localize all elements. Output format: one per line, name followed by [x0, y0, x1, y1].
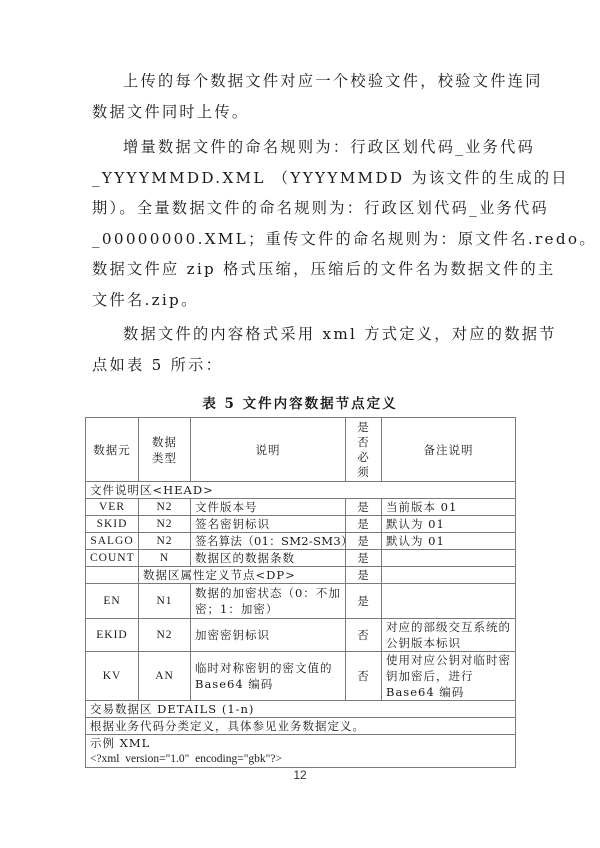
- text-line: _YYYYMMDD.XML （YYYYMMDD 为该文件的生成的日: [92, 163, 512, 194]
- example-code: <?xml version="1.0" encoding="gbk"?>: [90, 751, 511, 767]
- table-row: COUNT N 数据区的数据条数 是: [86, 550, 516, 567]
- section-row-head: 文件说明区<HEAD>: [86, 482, 516, 499]
- cell-type: N: [139, 550, 191, 567]
- table-row: VER N2 文件版本号 是 当前版本 01: [86, 499, 516, 516]
- cell-required: 是: [346, 567, 382, 584]
- cell-required: 否: [346, 652, 382, 701]
- cell-remarks: 默认为 01: [382, 516, 516, 533]
- header-element: 数据元: [86, 418, 139, 482]
- cell-empty: [86, 567, 139, 584]
- cell-type: N2: [139, 516, 191, 533]
- cell-remarks: [382, 584, 516, 619]
- text-line: 数据文件应 zip 格式压缩，压缩后的文件名为数据文件的主: [92, 254, 512, 285]
- cell-remarks: 对应的部级交互系统的公钥版本标识: [382, 619, 516, 652]
- header-type: 数据类型: [139, 418, 191, 482]
- header-type-line: 数据: [143, 434, 186, 450]
- cell-required: 是: [346, 516, 382, 533]
- table-row: SKID N2 签名密钥标识 是 默认为 01: [86, 516, 516, 533]
- paragraph-xml-format: 数据文件的内容格式采用 xml 方式定义，对应的数据节 点如表 5 所示：: [92, 319, 512, 380]
- cell-type: AN: [139, 652, 191, 701]
- table-row: KV AN 临时对称密钥的密文值的 Base64 编码 否 使用对应公钥对临时密…: [86, 652, 516, 701]
- example-label: 示例 XML: [90, 735, 511, 751]
- cell-remarks: 默认为 01: [382, 533, 516, 550]
- cell-type: N1: [139, 584, 191, 619]
- page-number: 12: [0, 768, 600, 782]
- section-row-details: 交易数据区 DETAILS (1-n): [86, 701, 516, 718]
- header-required-char: 是: [350, 420, 377, 435]
- cell-type: N2: [139, 533, 191, 550]
- cell-required: 是: [346, 550, 382, 567]
- table-caption: 表 5 文件内容数据节点定义: [0, 392, 600, 412]
- header-desc: 说明: [191, 418, 346, 482]
- text-line: 数据文件同时上传。: [92, 97, 512, 128]
- cell-element: SKID: [86, 516, 139, 533]
- cell-desc: 数据区的数据条数: [191, 550, 346, 567]
- table-row: EKID N2 加密密钥标识 否 对应的部级交互系统的公钥版本标识: [86, 619, 516, 652]
- header-required: 是否必须: [346, 418, 382, 482]
- table-row: EN N1 数据的加密状态（0：不加密；1：加密） 是: [86, 584, 516, 619]
- table-row: SALGO N2 签名算法（01：SM2-SM3） 是 默认为 01: [86, 533, 516, 550]
- cell-empty: [382, 567, 516, 584]
- cell-desc: 临时对称密钥的密文值的 Base64 编码: [191, 652, 346, 701]
- header-remarks: 备注说明: [382, 418, 516, 482]
- cell-element: SALGO: [86, 533, 139, 550]
- table-header-row: 数据元 数据类型 说明 是否必须 备注说明: [86, 418, 516, 482]
- cell-element: KV: [86, 652, 139, 701]
- dp-node-label: 数据区属性定义节点<DP>: [139, 567, 346, 584]
- section-label: 交易数据区 DETAILS (1-n): [86, 701, 516, 718]
- section-label: 文件说明区<HEAD>: [86, 482, 516, 499]
- section-row-dp: 数据区属性定义节点<DP> 是: [86, 567, 516, 584]
- cell-required: 是: [346, 584, 382, 619]
- text-line: 数据文件的内容格式采用 xml 方式定义，对应的数据节: [92, 319, 512, 350]
- text-line: 上传的每个数据文件对应一个校验文件，校验文件连同: [92, 66, 512, 97]
- cell-desc: 签名密钥标识: [191, 516, 346, 533]
- header-required-char: 须: [350, 465, 377, 480]
- example-xml-cell: 示例 XML <?xml version="1.0" encoding="gbk…: [86, 735, 516, 768]
- cell-element: COUNT: [86, 550, 139, 567]
- cell-type: N2: [139, 619, 191, 652]
- details-note: 根据业务代码分类定义，具体参见业务数据定义。: [86, 718, 516, 735]
- cell-remarks: 使用对应公钥对临时密钥加密后，进行 Base64 编码: [382, 652, 516, 701]
- header-required-char: 否: [350, 435, 377, 450]
- text-line: 文件名.zip。: [92, 285, 512, 316]
- cell-desc: 数据的加密状态（0：不加密；1：加密）: [191, 584, 346, 619]
- paragraph-upload-check: 上传的每个数据文件对应一个校验文件，校验文件连同 数据文件同时上传。: [92, 66, 512, 127]
- cell-type: N2: [139, 499, 191, 516]
- cell-desc: 加密密钥标识: [191, 619, 346, 652]
- cell-desc: 签名算法（01：SM2-SM3）: [191, 533, 346, 550]
- cell-required: 是: [346, 499, 382, 516]
- header-required-char: 必: [350, 450, 377, 465]
- data-node-table: 数据元 数据类型 说明 是否必须 备注说明 文件说明区<HEAD> VER N2…: [85, 417, 516, 768]
- text-line: 点如表 5 所示：: [92, 350, 512, 381]
- details-note-row: 根据业务代码分类定义，具体参见业务数据定义。: [86, 718, 516, 735]
- text-line: 期）。全量数据文件的命名规则为：行政区划代码_业务代码: [92, 193, 512, 224]
- cell-element: EKID: [86, 619, 139, 652]
- cell-required: 否: [346, 619, 382, 652]
- cell-desc: 文件版本号: [191, 499, 346, 516]
- text-line: _00000000.XML；重传文件的命名规则为：原文件名.redo。: [92, 224, 512, 255]
- cell-remarks: [382, 550, 516, 567]
- cell-element: EN: [86, 584, 139, 619]
- paragraph-naming-rules: 增量数据文件的命名规则为：行政区划代码_业务代码 _YYYYMMDD.XML （…: [92, 132, 512, 316]
- cell-remarks: 当前版本 01: [382, 499, 516, 516]
- text-line: 增量数据文件的命名规则为：行政区划代码_业务代码: [92, 132, 512, 163]
- example-xml-row: 示例 XML <?xml version="1.0" encoding="gbk…: [86, 735, 516, 768]
- cell-element: VER: [86, 499, 139, 516]
- header-type-line: 类型: [143, 450, 186, 466]
